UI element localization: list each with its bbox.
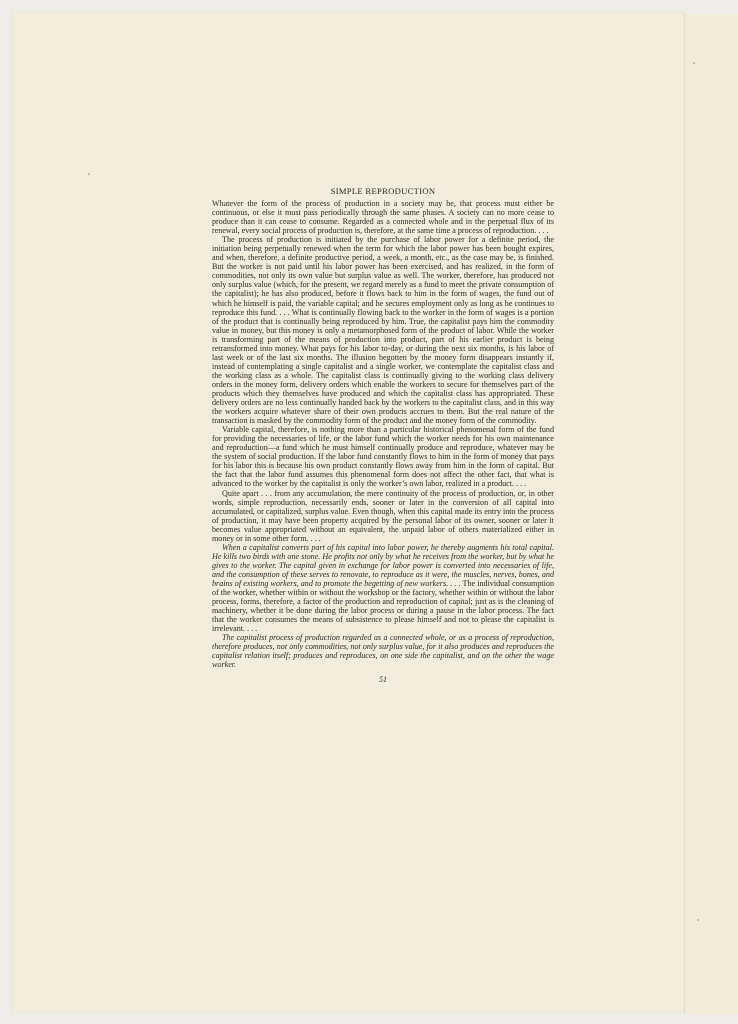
scanned-page-scene: SIMPLE REPRODUCTION Whatever the form of… [0, 0, 738, 1024]
paragraph-4: Quite apart . . . from any accumulation,… [212, 489, 554, 543]
paragraph-6: The capitalist process of production reg… [212, 633, 554, 669]
paragraph-2: The process of production is initiated b… [212, 235, 554, 425]
paragraph-5: When a capitalist converts part of his c… [212, 543, 554, 633]
right-page-edge [684, 14, 738, 1014]
paragraph-1: Whatever the form of the process of prod… [212, 199, 554, 235]
paper-speck [693, 62, 695, 64]
paragraph-3: Variable capital, therefore, is nothing … [212, 425, 554, 488]
paragraph-5-roman-text: The individual consumption of the worker… [212, 579, 554, 633]
paper-speck [88, 173, 90, 175]
document-title: SIMPLE REPRODUCTION [212, 186, 554, 197]
paper-speck [697, 919, 699, 921]
page-number: 51 [212, 675, 554, 684]
document-text-block: SIMPLE REPRODUCTION Whatever the form of… [212, 186, 554, 684]
